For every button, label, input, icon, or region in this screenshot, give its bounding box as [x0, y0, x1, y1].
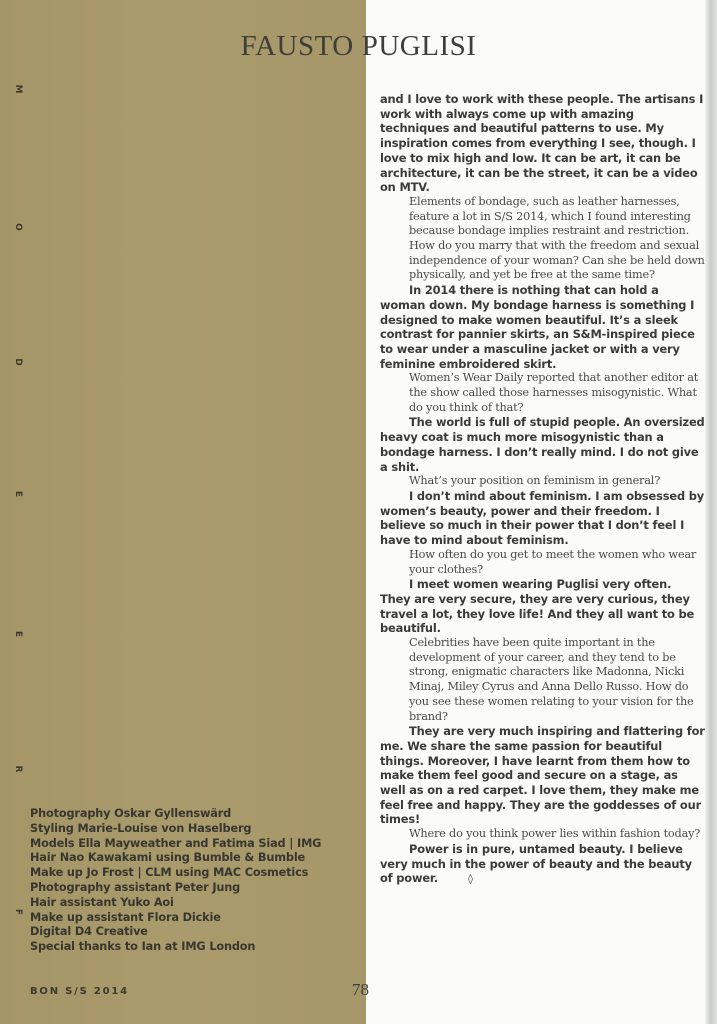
title-last-name: PUGLISI: [362, 30, 477, 62]
credit-line: Make up assistant Flora Dickie: [30, 911, 360, 926]
credit-line: Special thanks to Ian at IMG London: [30, 940, 360, 955]
title-first-name: FAUSTO: [241, 30, 354, 62]
credit-name: Ian at IMG London: [142, 940, 256, 953]
credit-role: Make up: [30, 866, 87, 879]
interview-question: What’s your position on feminism in gene…: [380, 474, 705, 489]
credit-role: Make up assistant: [30, 911, 147, 924]
interview-question: Where do you think power lies within fas…: [380, 827, 705, 842]
interview-answer: I meet women wearing Puglisi very often.…: [380, 577, 705, 636]
credit-role: Photography: [30, 807, 114, 820]
photo-credits: Photography Oskar GyllenswärdStyling Mar…: [30, 807, 360, 955]
interview-question: Women’s Wear Daily reported that another…: [380, 371, 705, 415]
credit-line: Photography assistant Peter Jung: [30, 881, 360, 896]
credit-name: Yuko Aoi: [120, 896, 173, 909]
interview-answer: I don’t mind about feminism. I am obsess…: [380, 489, 705, 548]
interview-question: Elements of bondage, such as leather har…: [380, 195, 705, 283]
credit-role: Models: [30, 837, 78, 850]
credit-line: Hair assistant Yuko Aoi: [30, 896, 360, 911]
credit-role: Photography assistant: [30, 881, 175, 894]
vertical-letter: E: [13, 486, 23, 502]
credit-line: Styling Marie-Louise von Haselberg: [30, 822, 360, 837]
interview-question: Celebrities have been quite important in…: [380, 636, 705, 724]
interview-answer: In 2014 there is nothing that can hold a…: [380, 283, 705, 371]
end-of-article-mark: ◊: [439, 873, 473, 888]
interview-article: and I love to work with these people. Th…: [380, 92, 705, 888]
page-edge-shadow: [705, 0, 717, 1024]
credit-role: Special thanks to: [30, 940, 142, 953]
interview-question: How often do you get to meet the women w…: [380, 548, 705, 577]
credit-name: Oskar Gyllenswärd: [114, 807, 231, 820]
vertical-letter: R: [13, 761, 23, 777]
credit-line: Make up Jo Frost | CLM using MAC Cosmeti…: [30, 866, 360, 881]
vertical-letter: D: [13, 354, 23, 370]
vertical-letter: M: [13, 81, 23, 97]
vertical-word-freedom: M O D E E R F: [10, 0, 26, 1024]
publication-footer: BON S/S 2014: [30, 986, 129, 997]
credit-role: Styling: [30, 822, 78, 835]
credit-line: Models Ella Mayweather and Fatima Siad |…: [30, 837, 360, 852]
interview-answer: The world is full of stupid people. An o…: [380, 415, 705, 474]
credit-name: Marie-Louise von Haselberg: [78, 822, 252, 835]
vertical-letter: O: [13, 219, 23, 235]
credit-role: Hair: [30, 851, 60, 864]
credit-name: Flora Dickie: [147, 911, 221, 924]
credit-name: Nao Kawakami using Bumble & Bumble: [60, 851, 305, 864]
credit-line: Digital D4 Creative: [30, 925, 360, 940]
credit-role: Digital: [30, 925, 75, 938]
credit-name: Ella Mayweather and Fatima Siad | IMG: [78, 837, 321, 850]
interview-answer: and I love to work with these people. Th…: [380, 92, 705, 195]
credit-line: Hair Nao Kawakami using Bumble & Bumble: [30, 851, 360, 866]
credit-role: Hair assistant: [30, 896, 120, 909]
credit-name: D4 Creative: [75, 925, 148, 938]
interview-answer: They are very much inspiring and flatter…: [380, 724, 705, 827]
credit-line: Photography Oskar Gyllenswärd: [30, 807, 360, 822]
interview-answer: Power is in pure, untamed beauty. I beli…: [380, 842, 705, 888]
vertical-letter: E: [13, 626, 23, 642]
vertical-letter: F: [13, 904, 23, 920]
credit-name: Jo Frost | CLM using MAC Cosmetics: [87, 866, 309, 879]
page-title: FAUSTOPUGLISI: [0, 30, 717, 63]
page-number: 78: [352, 980, 369, 1000]
credit-name: Peter Jung: [175, 881, 240, 894]
